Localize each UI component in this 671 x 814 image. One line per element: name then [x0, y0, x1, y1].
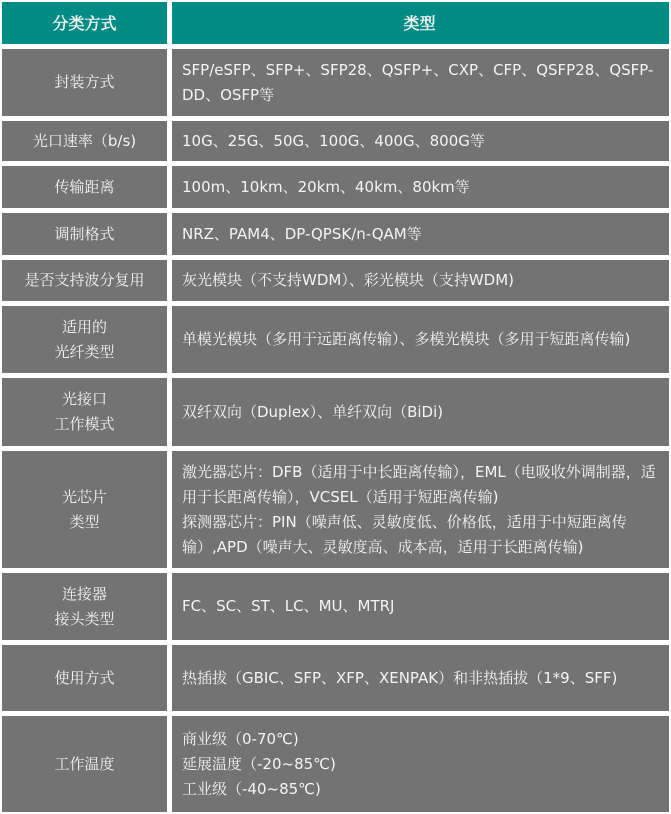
row-category: 连接器 接头类型: [2, 573, 167, 640]
row-types: 热插拔（GBIC、SFP、XFP、XENPAK）和非热插拔（1*9、SFF): [172, 645, 669, 711]
table-row: 封装方式 SFP/eSFP、SFP+、SFP28、QSFP+、CXP、CFP、Q…: [2, 49, 669, 116]
table-row: 工作温度 商业级（0-70℃) 延展温度（-20~85℃) 工业级（-40~85…: [2, 716, 669, 812]
row-category: 传输距离: [2, 166, 167, 208]
header-type: 类型: [172, 2, 669, 44]
types-text: 10G、25G、50G、100G、400G、800G等: [182, 129, 485, 154]
row-types: SFP/eSFP、SFP+、SFP28、QSFP+、CXP、CFP、QSFP28…: [172, 49, 669, 116]
category-text: 接头类型: [54, 607, 114, 632]
table-row: 使用方式 热插拔（GBIC、SFP、XFP、XENPAK）和非热插拔（1*9、S…: [2, 645, 669, 711]
table-row: 光口速率（b/s) 10G、25G、50G、100G、400G、800G等: [2, 121, 669, 161]
row-types: 灰光模块（不支持WDM）、彩光模块（支持WDM): [172, 260, 669, 301]
category-text: 工作温度: [54, 752, 114, 777]
row-category: 光接口 工作模式: [2, 378, 167, 446]
table-header-row: 分类方式 类型: [2, 2, 669, 44]
types-text: 灰光模块（不支持WDM）、彩光模块（支持WDM): [182, 268, 514, 293]
types-text: 双纤双向（Duplex）、单纤双向（BiDi): [182, 400, 443, 425]
category-text: 光纤类型: [54, 340, 114, 365]
category-text: 是否支持波分复用: [24, 268, 144, 293]
types-text: FC、SC、ST、LC、MU、MTRJ: [182, 594, 394, 619]
row-category: 使用方式: [2, 645, 167, 711]
table-row: 传输距离 100m、10km、20km、40km、80km等: [2, 166, 669, 208]
table-row: 光芯片 类型 激光器芯片：DFB（适用于中长距离传输），EML（电吸收外调制器，…: [2, 451, 669, 568]
category-text: 使用方式: [54, 666, 114, 691]
types-text: 延展温度（-20~85℃): [182, 752, 336, 777]
row-category: 适用的 光纤类型: [2, 306, 167, 373]
row-category: 工作温度: [2, 716, 167, 812]
row-types: 激光器芯片：DFB（适用于中长距离传输），EML（电吸收外调制器，适用于长距离传…: [172, 451, 669, 568]
table-row: 光接口 工作模式 双纤双向（Duplex）、单纤双向（BiDi): [2, 378, 669, 446]
header-classification-method: 分类方式: [2, 2, 167, 44]
types-text: 工业级（-40~85℃): [182, 777, 336, 802]
category-text: 工作模式: [54, 412, 114, 437]
row-types: 10G、25G、50G、100G、400G、800G等: [172, 121, 669, 161]
category-text: 光芯片: [62, 485, 107, 510]
row-category: 封装方式: [2, 49, 167, 116]
row-category: 是否支持波分复用: [2, 260, 167, 301]
row-types: 商业级（0-70℃) 延展温度（-20~85℃) 工业级（-40~85℃): [172, 716, 669, 812]
optical-module-classification-table: 分类方式 类型 封装方式 SFP/eSFP、SFP+、SFP28、QSFP+、C…: [2, 2, 669, 812]
row-category: 光芯片 类型: [2, 451, 167, 568]
types-text: SFP/eSFP、SFP+、SFP28、QSFP+、CXP、CFP、QSFP28…: [182, 58, 657, 108]
category-text: 适用的: [54, 315, 114, 340]
row-types: 双纤双向（Duplex）、单纤双向（BiDi): [172, 378, 669, 446]
types-text: 单模光模块（多用于远距离传输）、多模光模块（多用于短距离传输): [182, 327, 630, 352]
table-row: 适用的 光纤类型 单模光模块（多用于远距离传输）、多模光模块（多用于短距离传输): [2, 306, 669, 373]
category-text: 调制格式: [54, 222, 114, 247]
row-types: 单模光模块（多用于远距离传输）、多模光模块（多用于短距离传输): [172, 306, 669, 373]
row-types: NRZ、PAM4、DP-QPSK/n-QAM等: [172, 213, 669, 255]
category-text: 传输距离: [54, 175, 114, 200]
types-text: 探测器芯片：PIN（噪声低、灵敏度低、价格低，适用于中短距离传输）,APD（噪声…: [182, 510, 657, 560]
category-text: 封装方式: [54, 70, 114, 95]
table-row: 调制格式 NRZ、PAM4、DP-QPSK/n-QAM等: [2, 213, 669, 255]
types-text: 热插拔（GBIC、SFP、XFP、XENPAK）和非热插拔（1*9、SFF): [182, 666, 617, 691]
types-text: 激光器芯片：DFB（适用于中长距离传输），EML（电吸收外调制器，适用于长距离传…: [182, 460, 657, 510]
row-category: 光口速率（b/s): [2, 121, 167, 161]
row-types: FC、SC、ST、LC、MU、MTRJ: [172, 573, 669, 640]
category-text: 连接器: [54, 582, 114, 607]
category-text: 光口速率（b/s): [33, 129, 136, 154]
row-category: 调制格式: [2, 213, 167, 255]
category-text: 类型: [62, 510, 107, 535]
table-row: 是否支持波分复用 灰光模块（不支持WDM）、彩光模块（支持WDM): [2, 260, 669, 301]
table-row: 连接器 接头类型 FC、SC、ST、LC、MU、MTRJ: [2, 573, 669, 640]
category-text: 光接口: [54, 387, 114, 412]
types-text: 商业级（0-70℃): [182, 727, 336, 752]
types-text: 100m、10km、20km、40km、80km等: [182, 175, 470, 200]
types-text: NRZ、PAM4、DP-QPSK/n-QAM等: [182, 222, 422, 247]
row-types: 100m、10km、20km、40km、80km等: [172, 166, 669, 208]
